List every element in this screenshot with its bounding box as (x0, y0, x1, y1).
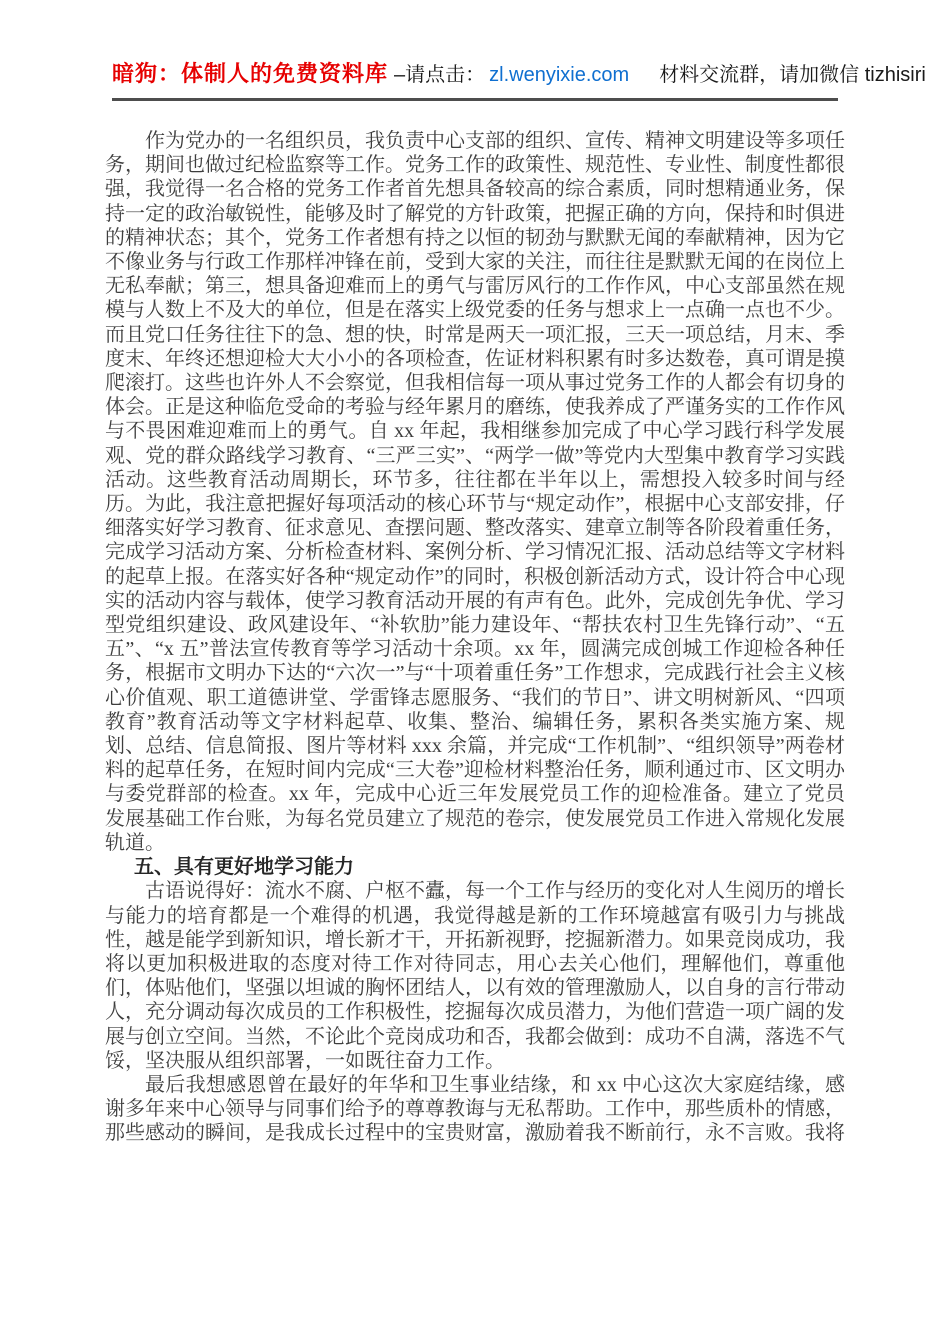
paragraph-party-work: 作为党办的一名组织员，我负责中心支部的组织、宣传、精神文明建设等多项任务，期间也… (105, 129, 845, 855)
promo-click-label: –请点击： (394, 64, 485, 86)
document-body: 作为党办的一名组织员，我负责中心支部的组织、宣传、精神文明建设等多项任务，期间也… (105, 129, 845, 1146)
paragraph-gratitude: 最后我想感恩曾在最好的年华和卫生事业结缘，和 xx 中心这次大家庭结缘，感谢多年… (105, 1073, 845, 1146)
promo-site-link[interactable]: zl.wenyixie.com (489, 64, 629, 86)
document-page: 暗狗：体制人的免费资料库–请点击：zl.wenyixie.com材料交流群，请加… (0, 0, 950, 1344)
paragraph-learning-ability: 古语说得好：流水不腐、户枢不蠹，每一个工作与经历的变化对人生阅历的增长与能力的培… (105, 879, 845, 1073)
promo-header: 暗狗：体制人的免费资料库–请点击：zl.wenyixie.com材料交流群，请加… (112, 60, 838, 101)
promo-brand-text: 暗狗：体制人的免费资料库 (112, 61, 388, 86)
section-heading-learning-ability: 五、具有更好地学习能力 (105, 855, 845, 879)
promo-contact-text: 材料交流群，请加微信 tizhisiri (659, 64, 926, 86)
